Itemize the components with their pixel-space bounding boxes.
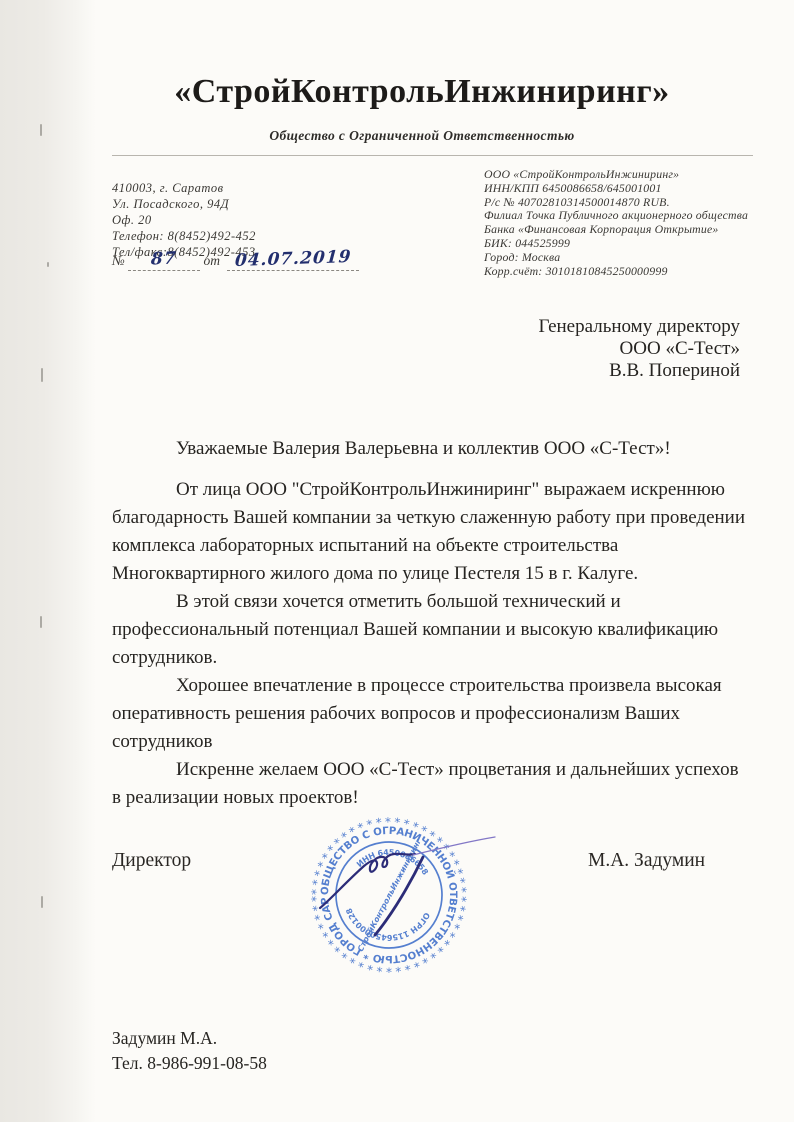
director-name: М.А. Задумин [588,850,705,872]
address-line: Оф. 20 [112,212,256,228]
requisite-line: Банка «Финансовая Корпорация Открытие» [484,223,748,237]
header-divider [112,155,753,156]
ot-label: от [203,253,220,268]
salutation: Уважаемые Валерия Валерьевна и коллектив… [176,438,671,460]
body-paragraph: От лица ООО "СтройКонтрольИнжиниринг" вы… [112,476,746,588]
company-title: «СтройКонтрольИнжиниринг» [60,72,784,112]
scan-artifact [41,896,43,908]
scan-artifact [40,616,42,628]
requisite-line: ИНН/КПП 6450086658/645001001 [484,182,748,196]
director-position-label: Директор [112,850,191,872]
footer-line: Задумин М.А. [112,1026,267,1051]
number-sign-label: № [112,253,125,268]
handwritten-date: 04.07.2019 [234,247,352,271]
requisite-line: Город: Москва [484,251,748,265]
addressee-line: ООО «С-Тест» [539,338,740,360]
scan-edge-shadow [0,0,96,1122]
requisite-line: ООО «СтройКонтрольИнжиниринг» [484,168,748,182]
company-seal-and-signature: ****************************************… [308,812,508,988]
bank-requisites-block: ООО «СтройКонтрольИнжиниринг» ИНН/КПП 64… [484,168,748,278]
address-line: Ул. Посадского, 94Д [112,196,256,212]
addressee-line: Генеральному директору [539,316,740,338]
body-paragraph: Искренне желаем ООО «С-Тест» процветания… [112,756,746,812]
scanned-letter-page: «СтройКонтрольИнжиниринг» Общество с Огр… [0,0,794,1122]
addressee-line: В.В. Попериной [539,360,740,382]
address-line: Телефон: 8(8452)492-452 [112,228,256,244]
address-line: 410003, г. Саратов [112,180,256,196]
company-seal-stamp: ****************************************… [308,812,508,988]
company-subtitle: Общество с Ограниченной Ответственностью [60,128,784,144]
reference-number-line: № 87 от 04.07.2019 [112,250,359,271]
requisite-line: БИК: 044525999 [484,237,748,251]
requisite-line: Корр.счёт: 30101810845250000999 [484,265,748,279]
scan-artifact [47,262,49,267]
company-address-block: 410003, г. Саратов Ул. Посадского, 94Д О… [112,180,256,260]
letter-body: От лица ООО "СтройКонтрольИнжиниринг" вы… [112,476,746,812]
handwritten-number: 87 [151,249,178,270]
requisite-line: Р/с № 40702810314500014870 RUB. [484,196,748,210]
date-blank: 04.07.2019 [227,250,359,271]
addressee-block: Генеральному директору ООО «С-Тест» В.В.… [539,316,740,382]
footer-line: Тел. 8-986-991-08-58 [112,1051,267,1076]
requisite-line: Филиал Точка Публичного акционерного общ… [484,209,748,223]
body-paragraph: В этой связи хочется отметить большой те… [112,588,746,672]
contact-footer: Задумин М.А. Тел. 8-986-991-08-58 [112,1026,267,1076]
body-paragraph: Хорошее впечатление в процессе строитель… [112,672,746,756]
scan-artifact [40,124,42,136]
scan-artifact [41,368,43,382]
number-blank: 87 [128,250,200,271]
